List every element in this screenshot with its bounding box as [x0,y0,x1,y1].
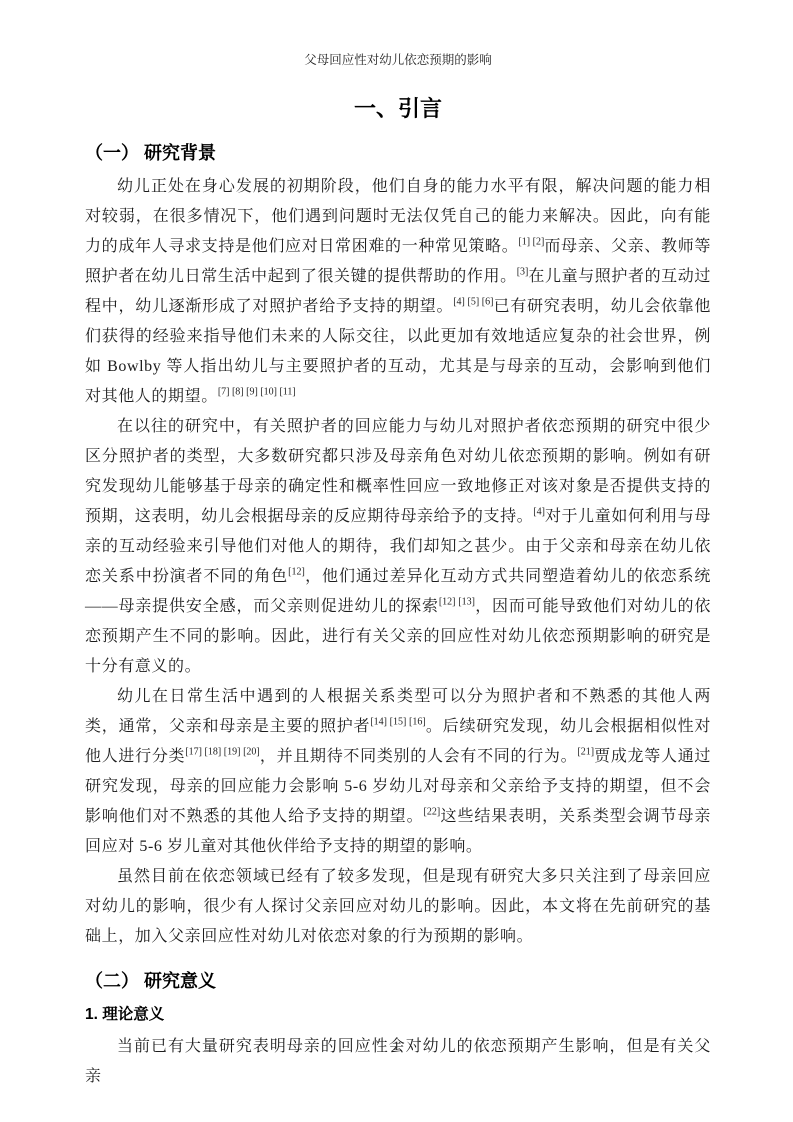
citation-superscript: [3] [517,267,529,278]
page-content: 父母回应性对幼儿依恋预期的影响 一、引言 （一） 研究背景 幼儿正处在身心发展的… [85,0,711,1092]
subsection-heading-theoretical-significance: 1. 理论意义 [85,1004,711,1026]
section-heading-research-background: （一） 研究背景 [85,140,711,166]
citation-superscript: [17] [18] [19] [20] [185,747,259,758]
paragraph: 虽然目前在依恋领域已经有了较多发现，但是现有研究大多只关注到了母亲回应对幼儿的影… [85,862,711,952]
paragraph: 幼儿正处在身心发展的初期阶段，他们自身的能力水平有限，解决问题的能力相对较弱，在… [85,172,711,412]
document-page: 父母回应性对幼儿依恋预期的影响 一、引言 （一） 研究背景 幼儿正处在身心发展的… [0,0,793,1122]
chapter-title: 一、引言 [85,94,711,124]
citation-superscript: [12] [288,567,305,578]
citation-superscript: [7] [8] [9] [10] [11] [218,387,296,398]
text-run: 虽然目前在依恋领域已经有了较多发现，但是现有研究大多只关注到了母亲回应对幼儿的影… [85,868,711,945]
citation-superscript: [22] [424,807,441,818]
citation-superscript: [21] [577,747,594,758]
citation-superscript: [4] [533,507,545,518]
page-number: 1 [0,1038,793,1054]
text-run: ，并且期待不同类别的人会有不同的行为。 [260,748,578,765]
section-heading-research-significance: （二） 研究意义 [85,968,711,994]
paragraph: 幼儿在日常生活中遇到的人根据关系类型可以分为照护者和不熟悉的其他人两类，通常，父… [85,682,711,862]
citation-superscript: [14] [15] [16] [370,717,425,728]
citation-superscript: [12] [13] [439,597,475,608]
citation-superscript: [1] [2] [518,237,544,248]
citation-superscript: [4] [5] [6] [453,297,493,308]
paragraph: 在以往的研究中，有关照护者的回应能力与幼儿对照护者依恋预期的研究中很少区分照护者… [85,412,711,682]
running-head: 父母回应性对幼儿依恋预期的影响 [85,0,711,68]
